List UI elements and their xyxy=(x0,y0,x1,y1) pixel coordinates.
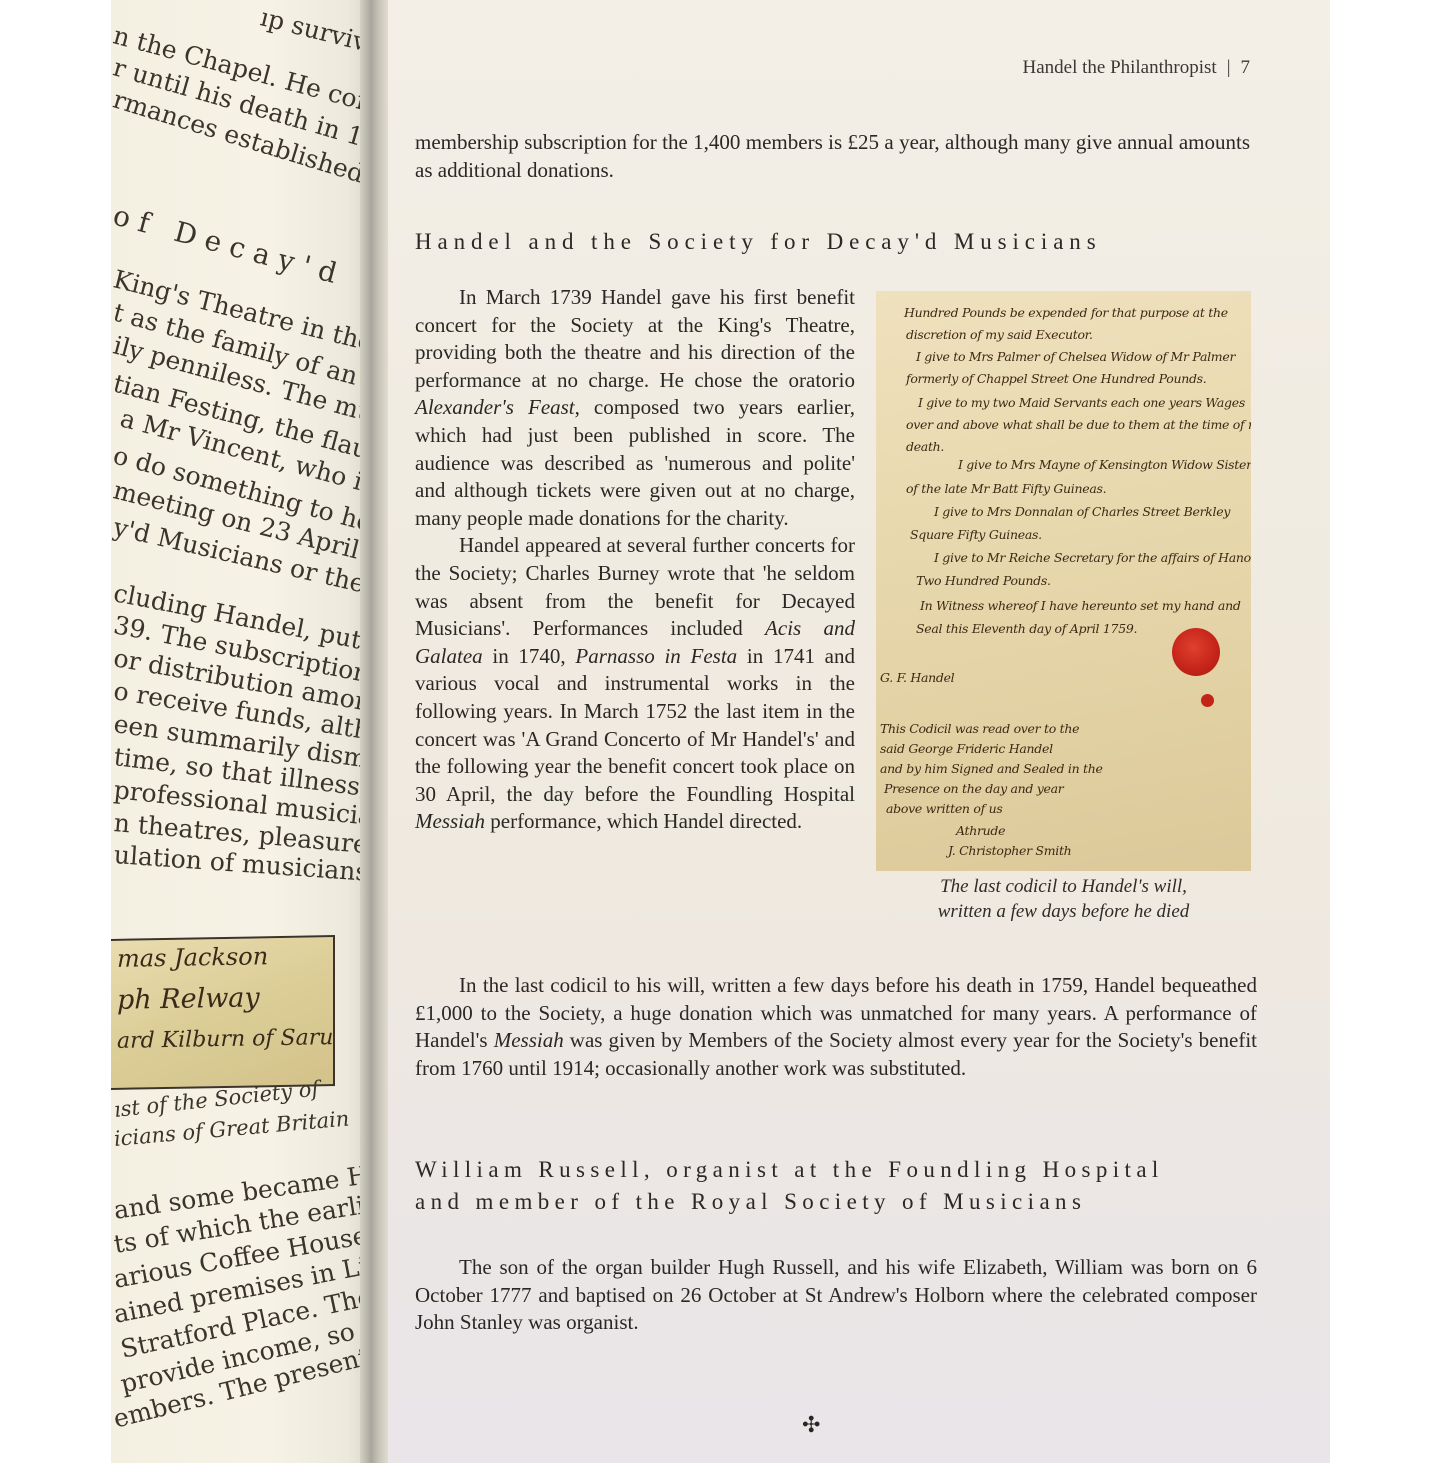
manuscript-line: I give to Mrs Mayne of Kensington Widow … xyxy=(958,457,1251,472)
italic-title: Alexander's Feast xyxy=(415,395,575,419)
manuscript-line: In Witness whereof I have hereunto set m… xyxy=(920,598,1241,613)
manuscript-line: Seal this Eleventh day of April 1759. xyxy=(916,621,1137,636)
figure-caption-line: written a few days before he died xyxy=(876,899,1251,924)
manuscript-line: over and above what shall be due to them… xyxy=(906,417,1251,432)
figure-caption-line: The last codicil to Handel's will, xyxy=(876,874,1251,899)
page-number: 7 xyxy=(1241,57,1251,78)
manuscript-line: I give to Mrs Donnalan of Charles Street… xyxy=(934,504,1230,519)
manuscript-line: I give to my two Maid Servants each one … xyxy=(918,395,1245,410)
italic-title: Messiah xyxy=(415,809,485,833)
handwriting-line: ard Kilburn of Sarum xyxy=(117,1025,335,1054)
codicil-manuscript-image: Hundred Pounds be expended for that purp… xyxy=(876,291,1251,871)
paragraph-1739-concert: In March 1739 Handel gave his first bene… xyxy=(415,284,855,532)
manuscript-line: J. Christopher Smith xyxy=(948,843,1071,858)
manuscript-line: Square Fifty Guineas. xyxy=(910,527,1042,542)
main-column: In March 1739 Handel gave his first bene… xyxy=(415,284,855,836)
wax-drop xyxy=(1201,694,1214,707)
running-head: Handel the Philanthropist|7 xyxy=(1022,57,1250,79)
manuscript-line: I give to Mrs Palmer of Chelsea Widow of… xyxy=(916,349,1235,364)
italic-title: Messiah xyxy=(494,1028,564,1052)
manuscript-line: Presence on the day and year xyxy=(884,781,1063,796)
paragraph-william-russell: The son of the organ builder Hugh Russel… xyxy=(415,1254,1257,1337)
handwriting-line: mas Jackson xyxy=(117,942,268,973)
manuscript-line: Hundred Pounds be expended for that purp… xyxy=(904,305,1228,320)
text-run: In March 1739 Handel gave his first bene… xyxy=(415,285,855,392)
manuscript-line: This Codicil was read over to the xyxy=(880,721,1079,736)
manuscript-line: said George Frideric Handel xyxy=(880,741,1053,756)
manuscript-line: and by him Signed and Sealed in the xyxy=(880,761,1103,776)
paragraph-further-concerts: Handel appeared at several further conce… xyxy=(415,532,855,836)
left-page: ıp survived and four mn the Chapel. He c… xyxy=(111,0,373,1463)
paragraph-codicil-bequest: In the last codicil to his will, written… xyxy=(415,972,1257,1082)
manuscript-line: I give to Mr Reiche Secretary for the af… xyxy=(934,550,1251,565)
handwriting-line: ph Relway xyxy=(117,982,260,1015)
manuscript-line: discretion of my said Executor. xyxy=(906,327,1093,342)
manuscript-line: death. xyxy=(906,439,944,454)
section-heading-william-russell-line2: and member of the Royal Society of Music… xyxy=(415,1186,1086,1218)
text-run: in 1741 and various vocal and instrument… xyxy=(415,644,855,806)
manuscript-line: above written of us xyxy=(886,801,1002,816)
manuscript-line: of the late Mr Batt Fifty Guineas. xyxy=(906,481,1106,496)
right-page: Handel the Philanthropist|7 membership s… xyxy=(388,0,1330,1463)
manuscript-line: Two Hundred Pounds. xyxy=(916,573,1051,588)
manuscript-line: formerly of Chappel Street One Hundred P… xyxy=(906,371,1206,386)
manuscript-line: G. F. Handel xyxy=(880,670,954,685)
intro-paragraph: membership subscription for the 1,400 me… xyxy=(415,129,1250,184)
running-head-separator: | xyxy=(1217,57,1241,78)
manuscript-line: Athrude xyxy=(956,823,1005,838)
section-heading-decayd-musicians: Handel and the Society for Decay'd Music… xyxy=(415,226,1102,258)
fleuron-ornament-icon: ✣ xyxy=(802,1413,820,1438)
text-run: performance, which Handel directed. xyxy=(485,809,802,833)
section-heading-william-russell: William Russell, organist at the Foundli… xyxy=(415,1154,1164,1186)
running-head-title: Handel the Philanthropist xyxy=(1022,57,1216,78)
subscribers-list-image: mas Jackson ph Relway ard Kilburn of Sar… xyxy=(111,935,335,1090)
italic-title: Parnasso in Festa xyxy=(575,644,737,668)
figure-caption: The last codicil to Handel's will, writt… xyxy=(876,874,1251,924)
text-run: in 1740, xyxy=(483,644,576,668)
wax-seal xyxy=(1172,628,1220,676)
